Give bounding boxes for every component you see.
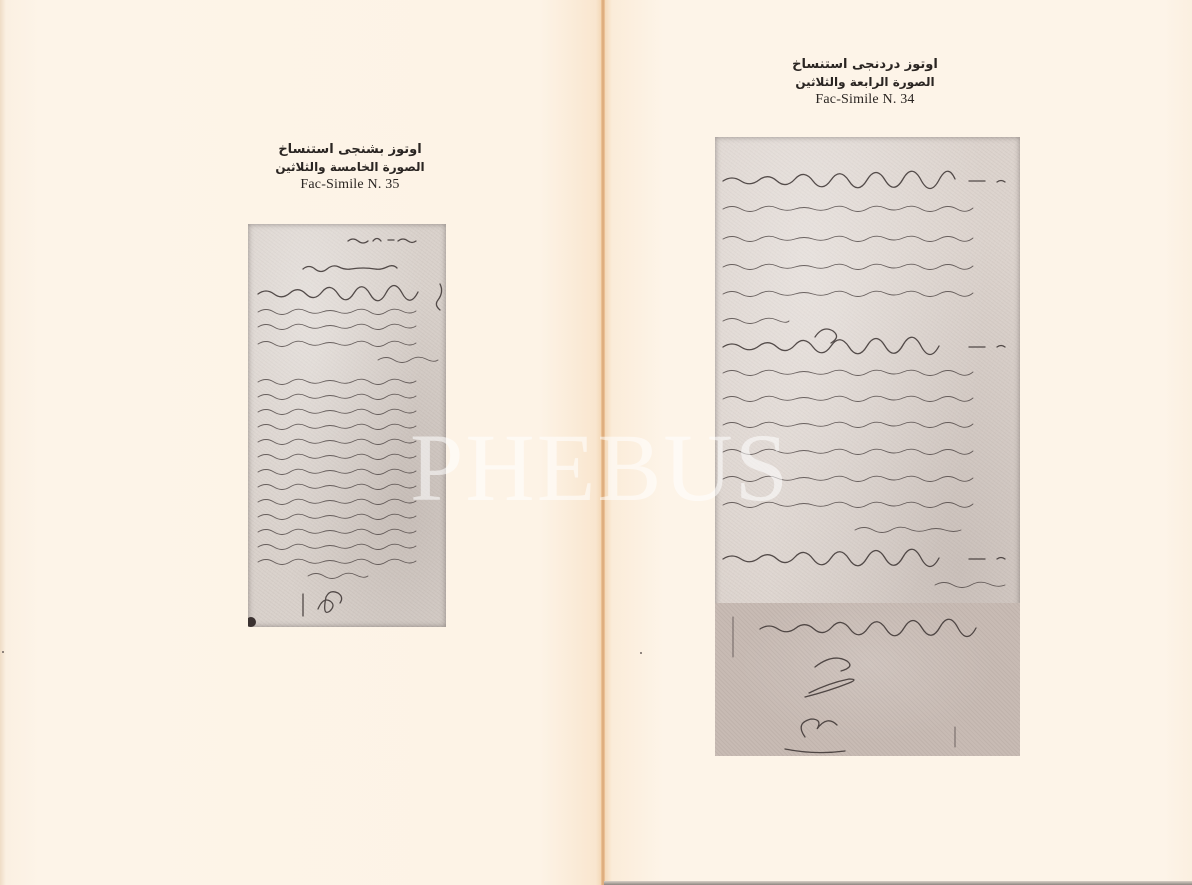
paper-speck: [2, 651, 4, 653]
left-caption-latin: Fac-Simile N. 35: [262, 178, 438, 192]
facsimile-plate-34: [715, 137, 1020, 756]
left-caption-arabic-line1: اوتوز بشنجی استنساخ: [262, 143, 438, 156]
right-caption-latin: Fac-Simile N. 34: [772, 93, 958, 107]
right-caption-arabic-line1: اوتوز دردنجی استنساخ: [772, 58, 958, 71]
manuscript-handwriting-34: [715, 137, 1020, 756]
book-spread: اوتوز بشنجی استنساخ الصورة الخامسة والثل…: [0, 0, 1192, 885]
left-caption-arabic-line2: الصورة الخامسة والثلاثين: [262, 161, 438, 173]
right-plate-caption: اوتوز دردنجی استنساخ الصورة الرابعة والث…: [772, 58, 958, 107]
book-gutter: [601, 0, 605, 885]
page-bottom-edge: [604, 881, 1192, 885]
paper-speck: [640, 652, 642, 654]
facsimile-plate-35: [248, 224, 446, 627]
manuscript-handwriting-35: [248, 224, 446, 627]
right-caption-arabic-line2: الصورة الرابعة والثلاثين: [772, 76, 958, 88]
left-plate-caption: اوتوز بشنجی استنساخ الصورة الخامسة والثل…: [262, 143, 438, 192]
